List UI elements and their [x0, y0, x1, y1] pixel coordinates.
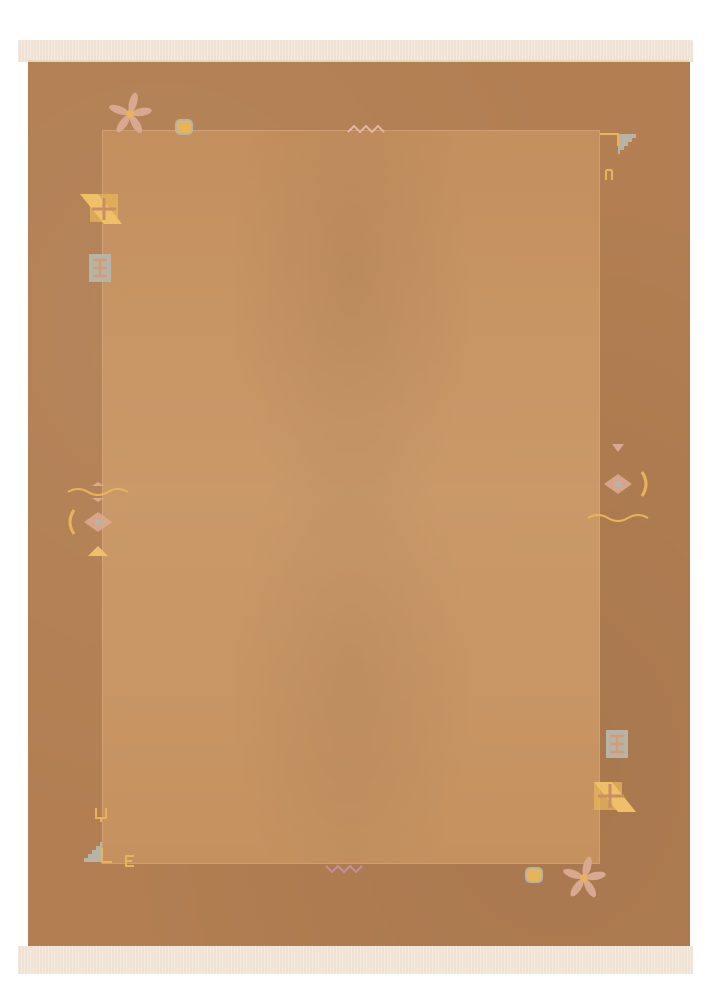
leaf-cross-icon: [594, 782, 636, 812]
rug-motifs: [28, 62, 690, 950]
flower-icon: [108, 92, 152, 135]
bottom-fringe: [18, 946, 693, 974]
step-corner-icon: [84, 808, 134, 866]
flower-icon: [562, 856, 606, 899]
square-glyph-icon: [176, 120, 192, 134]
side-medallion-right-icon: [588, 444, 648, 521]
zigzag-top-icon: [348, 126, 384, 132]
step-corner-icon: [600, 134, 636, 180]
side-medallion-left-icon: [68, 482, 128, 556]
rug: [28, 60, 690, 952]
top-fringe: [18, 40, 693, 62]
square-glyph-icon: [526, 868, 542, 882]
zigzag-bottom-icon: [326, 866, 362, 872]
grey-glyph-icon: [606, 730, 628, 758]
grey-glyph-icon: [89, 254, 111, 282]
leaf-cross-icon: [80, 194, 122, 224]
